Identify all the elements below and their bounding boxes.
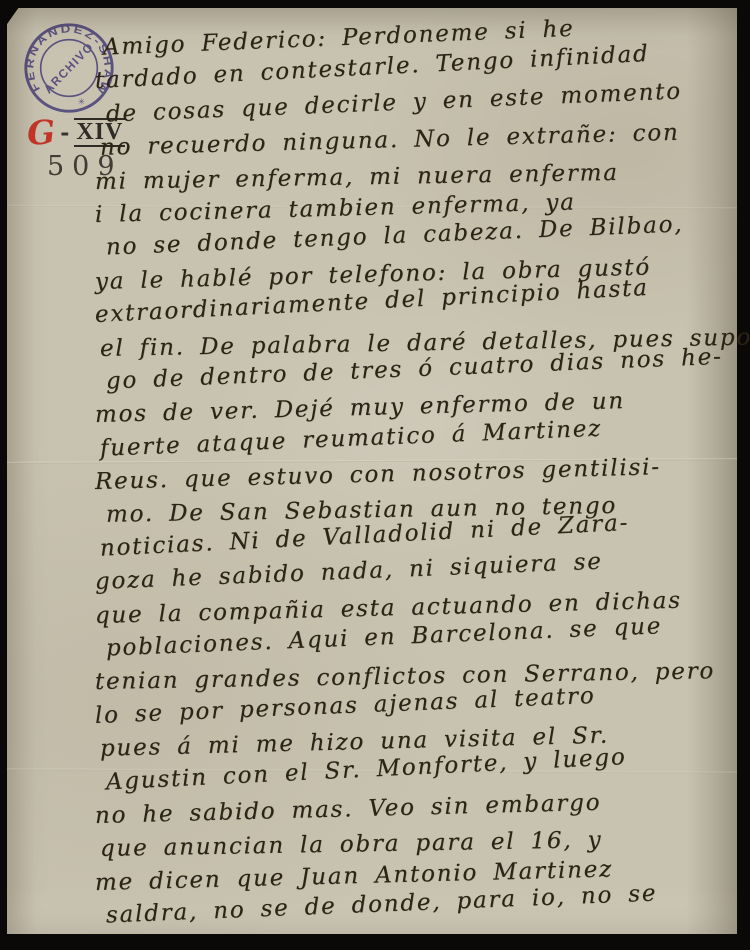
letter-page: FERNANDEZ-SHAW ARCHIVO ✳ G - XIV 509 Ami… [7, 8, 737, 934]
letter-body: Amigo Federico: Perdoneme si hetardado e… [95, 32, 735, 934]
catalog-separator: - [60, 122, 69, 144]
stamp-symbol-icon: ✳ [78, 97, 86, 107]
catalog-series-letter: G [26, 115, 56, 150]
letter-photograph: FERNANDEZ-SHAW ARCHIVO ✳ G - XIV 509 Ami… [0, 0, 750, 950]
